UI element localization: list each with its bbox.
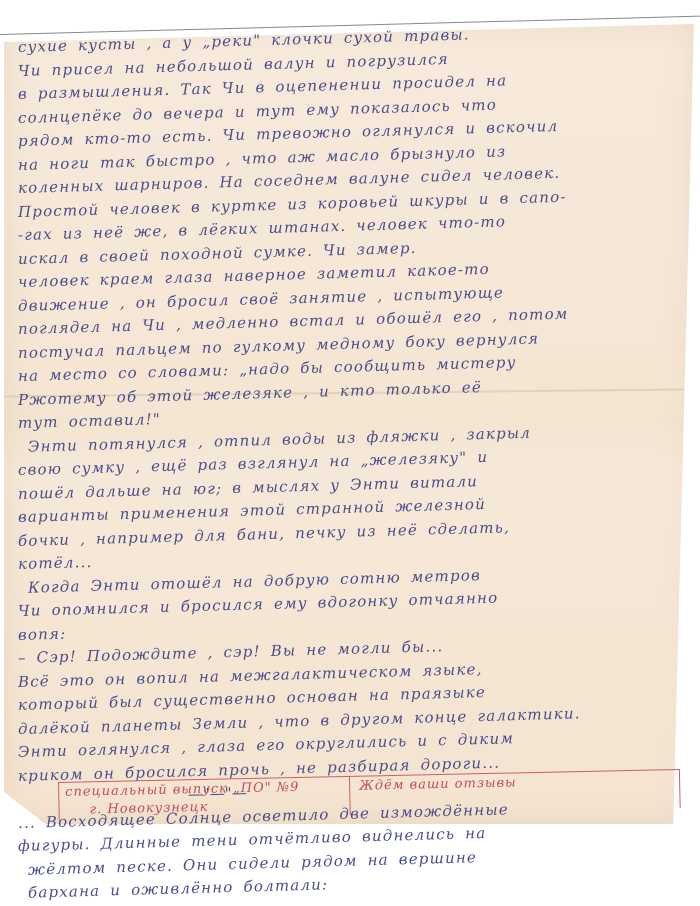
feedback-note: Ждём ваши отзывы (359, 775, 517, 793)
footer-left-cell: специальный выпуск „ПО" №9 г. Новокузнец… (59, 777, 351, 821)
page: сухие кусты , а у „реки" клочки сухой тр… (0, 0, 700, 830)
issue-label: специальный выпуск „ПО" №9 (65, 780, 299, 800)
handwritten-text: сухие кусты , а у „реки" клочки сухой тр… (18, 36, 690, 830)
city-label: г. Новокузнецк (89, 800, 208, 817)
